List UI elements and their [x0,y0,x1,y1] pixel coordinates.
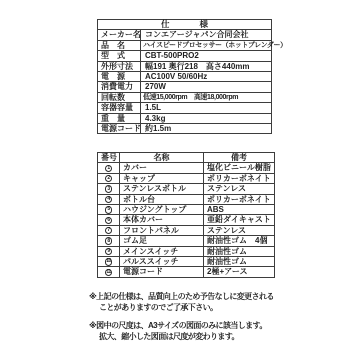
circled-number-icon: 3 [105,185,113,193]
parts-header-number: 番号 [98,153,120,163]
parts-header-remarks: 備考 [204,153,275,163]
spec-row: 品 名ハイスピードプロセッサー（ホットブレンダー） [98,40,272,50]
spec-row-value: CBT-500PRO2 [141,51,272,61]
spec-row: 重 量4.3kg [98,113,272,123]
footnotes: ※上記の仕様は、品質向上のため予告なしに変更されることがありますのでご了承下さい… [89,291,289,349]
part-name: カバー [120,163,204,173]
footnote-line-cont: ことがありますのでご了承下さい。 [89,302,289,313]
circled-number-icon: 9 [105,248,113,256]
footnote: ※図中の尺度は、A3サイズの図面のみに該当します。拡大、縮小した図面は尺度が変わ… [89,320,289,342]
part-name: ボトル台 [120,194,204,204]
part-number-cell: 3 [98,184,120,194]
parts-row: 11電源コード2極+アース [98,267,275,277]
part-number-cell: 6 [98,215,120,225]
circled-number-icon: 2 [105,175,113,183]
spec-table-body: メーカー名コンエアージャパン合同会社品 名ハイスピードプロセッサー（ホットブレン… [98,30,272,134]
part-number-cell: 1 [98,163,120,173]
parts-table-header-row: 番号 名称 備考 [98,153,275,163]
spec-table: 仕様 メーカー名コンエアージャパン合同会社品 名ハイスピードプロセッサー（ホット… [97,19,272,134]
part-remarks: ポリカーボネイト [204,173,275,183]
part-name: 本体カバー [120,215,204,225]
spec-row-label: メーカー名 [98,30,141,40]
part-number-cell: 9 [98,246,120,256]
spec-row-value: コンエアージャパン合同会社 [141,30,272,40]
footnote-line-first: ※図中の尺度は、A3サイズの図面のみに該当します。 [89,320,289,331]
part-remarks: 耐油性ゴム [204,246,275,256]
spec-row-label: 型 式 [98,51,141,61]
part-name: ハウジングトップ [120,205,204,215]
spec-row: 回転数低速15,000rpm 高速18,000rpm [98,92,272,102]
circled-number-icon: 10 [105,258,113,266]
parts-row: 3ステンレスボトルステンレス [98,184,275,194]
parts-row: 6本体カバー亜鉛ダイキャスト [98,215,275,225]
circled-number-icon: 6 [105,217,113,225]
parts-row: 1カバー塩化ビニール樹脂 [98,163,275,173]
parts-row: 2キャップポリカーボネイト [98,173,275,183]
circled-number-icon: 8 [105,237,113,245]
spec-row-label: 品 名 [98,40,141,50]
part-remarks: 塩化ビニール樹脂 [204,163,275,173]
part-remarks: ステンレス [204,184,275,194]
part-remarks: ABS [204,205,275,215]
spec-sheet: 仕様 メーカー名コンエアージャパン合同会社品 名ハイスピードプロセッサー（ホット… [0,0,360,360]
parts-table: 番号 名称 備考 1カバー塩化ビニール樹脂2キャップポリカーボネイト3ステンレス… [97,152,275,278]
spec-row-label: 消費電力 [98,82,141,92]
part-name: メインスイッチ [120,246,204,256]
circled-number-icon: 7 [105,227,113,235]
parts-row: 10パルススイッチ耐油性ゴム [98,257,275,267]
spec-row-label: 回転数 [98,92,141,102]
spec-row-value: 低速15,000rpm 高速18,000rpm [141,92,272,102]
part-remarks: 2極+アース [204,267,275,277]
part-number-cell: 10 [98,257,120,267]
spec-row: 消費電力270W [98,82,272,92]
spec-row: 型 式CBT-500PRO2 [98,51,272,61]
footnote-line-first: ※上記の仕様は、品質向上のため予告なしに変更される [89,291,289,302]
part-number-cell: 8 [98,236,120,246]
part-name: パルススイッチ [120,257,204,267]
part-remarks: 耐油性ゴム 4個 [204,236,275,246]
spec-row-label: 容器容量 [98,103,141,113]
footnote-line-cont: 拡大、縮小した図面は尺度が変わります。 [89,331,289,342]
spec-row-label: 電 源 [98,72,141,82]
spec-row-label: 電源コード [98,124,141,134]
part-number-cell: 2 [98,173,120,183]
part-number-cell: 7 [98,225,120,235]
part-number-cell: 5 [98,205,120,215]
part-remarks: 耐油性ゴム [204,257,275,267]
part-number-cell: 11 [98,267,120,277]
spec-row-value: 約1.5m [141,124,272,134]
part-name: キャップ [120,173,204,183]
circled-number-icon: 1 [105,165,113,173]
parts-header-name: 名称 [120,153,204,163]
parts-row: 8ゴム足耐油性ゴム 4個 [98,236,275,246]
spec-row: 外形寸法幅191 奥行218 高さ440mm [98,61,272,71]
part-name: フロントパネル [120,225,204,235]
spec-row-value: 幅191 奥行218 高さ440mm [141,61,272,71]
part-number-cell: 4 [98,194,120,204]
spec-row-value: 4.3kg [141,113,272,123]
part-name: 電源コード [120,267,204,277]
spec-row-value: 270W [141,82,272,92]
circled-number-icon: 4 [105,196,113,204]
part-name: ゴム足 [120,236,204,246]
part-remarks: 亜鉛ダイキャスト [204,215,275,225]
part-remarks: ステンレス [204,225,275,235]
parts-row: 9メインスイッチ耐油性ゴム [98,246,275,256]
spec-row-value: AC100V 50/60Hz [141,72,272,82]
spec-table-title-row: 仕様 [98,20,272,30]
part-remarks: ポリカーボネイト [204,194,275,204]
spec-row: 電 源AC100V 50/60Hz [98,72,272,82]
circled-number-icon: 11 [105,269,113,277]
spec-row-label: 重 量 [98,113,141,123]
footnote: ※上記の仕様は、品質向上のため予告なしに変更されることがありますのでご了承下さい… [89,291,289,313]
spec-row-label: 外形寸法 [98,61,141,71]
parts-row: 7フロントパネルステンレス [98,225,275,235]
parts-row: 4ボトル台ポリカーボネイト [98,194,275,204]
parts-table-body: 1カバー塩化ビニール樹脂2キャップポリカーボネイト3ステンレスボトルステンレス4… [98,163,275,277]
spec-table-title: 仕様 [98,20,272,30]
spec-row-value: 1.5L [141,103,272,113]
circled-number-icon: 5 [105,206,113,214]
spec-row: メーカー名コンエアージャパン合同会社 [98,30,272,40]
spec-row: 電源コード約1.5m [98,124,272,134]
spec-row: 容器容量1.5L [98,103,272,113]
spec-row-value: ハイスピードプロセッサー（ホットブレンダー） [141,40,272,50]
part-name: ステンレスボトル [120,184,204,194]
parts-row: 5ハウジングトップABS [98,205,275,215]
